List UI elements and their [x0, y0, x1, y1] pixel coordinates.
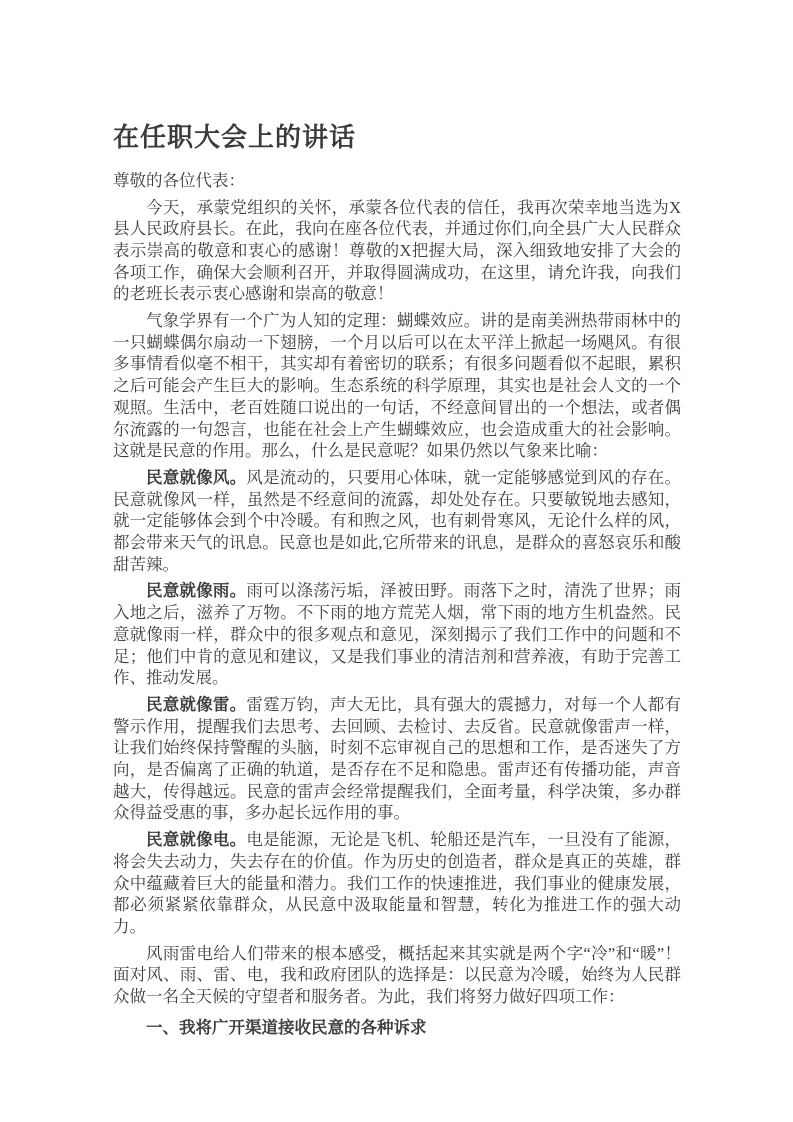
paragraph-text: 气象学界有一个广为人知的定理：蝴蝶效应。讲的是南美洲热带雨林中的一只蝴蝶偶尔扇动… — [113, 311, 681, 460]
paragraph-text: 雷霆万钧，声大无比，具有强大的震撼力，对每一个人都有警示作用，提醒我们去思考、去… — [113, 695, 681, 823]
paragraph-thunder: 民意就像雷。雷霆万钧，声大无比，具有强大的震撼力，对每一个人都有警示作用，提醒我… — [113, 694, 681, 824]
paragraph-wind: 民意就像风。风是流动的，只要用心体味，就一定能够感觉到风的存在。民意就像风一样，… — [113, 467, 681, 576]
paragraph-lead: 民意就像雷。 — [146, 695, 246, 714]
paragraph-butterfly-effect: 气象学界有一个广为人知的定理：蝴蝶效应。讲的是南美洲热带雨林中的一只蝴蝶偶尔扇动… — [113, 310, 681, 462]
paragraph-lead: 民意就像风。 — [146, 468, 246, 487]
document-page: 在任职大会上的讲话 尊敬的各位代表： 今天，承蒙党组织的关怀，承蒙各位代表的信任… — [0, 0, 793, 1122]
paragraph-lead: 民意就像雨。 — [146, 581, 246, 600]
paragraph-opening: 今天，承蒙党组织的关怀，承蒙各位代表的信任，我再次荣幸地当选为X县人民政府县长。… — [113, 197, 681, 306]
paragraph-text: 今天，承蒙党组织的关怀，承蒙各位代表的信任，我再次荣幸地当选为X县人民政府县长。… — [113, 198, 681, 304]
paragraph-electricity: 民意就像电。电是能源，无论是飞机、轮船还是汽车，一旦没有了能源，将会失去动力，失… — [113, 829, 681, 938]
paragraph-summary: 风雨雷电给人们带来的根本感受，概括起来其实就是两个字“冷”和“暖”！面对风、雨、… — [113, 943, 681, 1008]
paragraph-rain: 民意就像雨。雨可以涤荡污垢，泽被田野。雨落下之时，清洗了世界；雨入地之后，滋养了… — [113, 580, 681, 689]
paragraph-text: 风雨雷电给人们带来的根本感受，概括起来其实就是两个字“冷”和“暖”！面对风、雨、… — [113, 944, 681, 1006]
document-body: 尊敬的各位代表： 今天，承蒙党组织的关怀，承蒙各位代表的信任，我再次荣幸地当选为… — [113, 170, 681, 1039]
salutation-line: 尊敬的各位代表： — [113, 170, 681, 192]
document-title: 在任职大会上的讲话 — [113, 121, 681, 155]
section-heading-1: 一、我将广开渠道接收民意的各种诉求 — [113, 1017, 681, 1039]
paragraph-lead: 民意就像电。 — [146, 830, 246, 849]
